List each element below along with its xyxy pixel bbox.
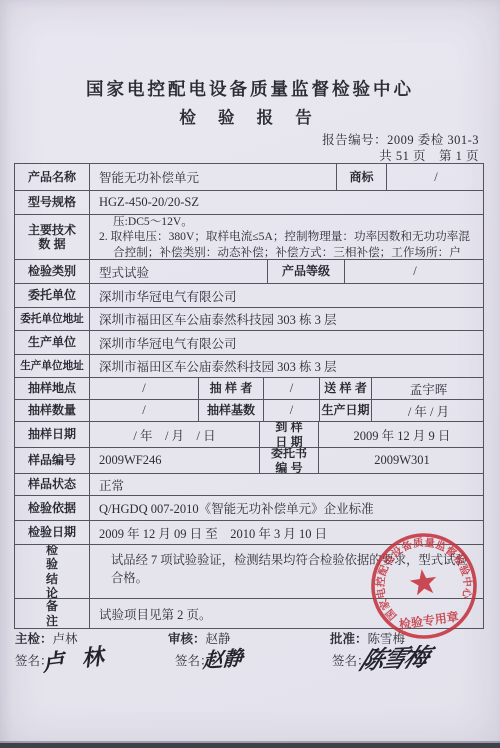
sample-no-value: 2009WF246 bbox=[89, 448, 259, 473]
trademark-value: / bbox=[386, 164, 485, 190]
conclusion-text: 试品经 7 项试验验证，检测结果均符合检验依据的要求，型式试验合格。 bbox=[99, 550, 475, 586]
sample-no-label: 样品编号 bbox=[15, 448, 89, 473]
product-name-value: 智能无功补偿单元 bbox=[89, 164, 336, 190]
document-title: 国家电控配电设备质量监督检验中心 bbox=[0, 76, 500, 101]
signature-chief: 卢 林 bbox=[40, 639, 111, 678]
model-label: 型号规格 bbox=[15, 191, 89, 214]
arrival-date-value: 2009 年 12 月 9 日 bbox=[318, 422, 485, 447]
document-subtitle: 检 验 报 告 bbox=[0, 104, 500, 128]
sampling-qty-label: 抽样数量 bbox=[15, 400, 89, 421]
sampling-qty-value: / bbox=[89, 400, 198, 421]
tech-line-2: 2. 取样电压：380V；取样电流≤5A；控制物理量：功率因数和无功功率混合控制… bbox=[99, 229, 477, 259]
inspection-date-label: 检验日期 bbox=[15, 521, 89, 544]
inspection-basis-label: 检验依据 bbox=[15, 496, 89, 520]
manufacturer-address-label: 生产单位地址 bbox=[15, 355, 89, 377]
product-grade-label: 产品等级 bbox=[267, 260, 344, 283]
table-row: 抽样地点 / 抽 样 者 / 送 样 者 孟宇晖 bbox=[15, 377, 483, 399]
commission-no-label: 委托书 编 号 bbox=[259, 448, 318, 473]
photo-edge-shadow bbox=[0, 743, 500, 748]
table-row: 样品状态 正常 bbox=[15, 473, 483, 495]
approve-label: 批准： bbox=[330, 632, 368, 646]
production-date-value: / 年 / 月 bbox=[371, 400, 485, 421]
chief-label: 主检： bbox=[15, 632, 53, 646]
trademark-label: 商标 bbox=[336, 164, 386, 190]
product-grade-value: / bbox=[344, 260, 485, 283]
client-label: 委托单位 bbox=[15, 284, 89, 307]
signature-review: 赵静 bbox=[202, 641, 244, 673]
page-count: 共 51 页 第 1 页 bbox=[379, 146, 479, 164]
sampler-label: 抽 样 者 bbox=[198, 378, 263, 399]
table-row: 型号规格 HGZ-450-20/20-SZ bbox=[15, 190, 483, 214]
inspection-basis-value: Q/HGDQ 007-2010《智能无功补偿单元》企业标准 bbox=[89, 496, 483, 520]
table-row: 检验日期 2009 年 12 月 09 日 至 2010 年 3 月 10 日 bbox=[15, 520, 483, 544]
manufacturer-value: 深圳市华冠电气有限公司 bbox=[89, 331, 483, 354]
remarks-value: 试验项目见第 2 页。 bbox=[89, 599, 483, 628]
inspection-date-value: 2009 年 12 月 09 日 至 2010 年 3 月 10 日 bbox=[89, 521, 483, 544]
inspection-type-value: 型式试验 bbox=[89, 260, 267, 283]
manufacturer-label: 生产单位 bbox=[15, 331, 89, 354]
sampling-date-label: 抽样日期 bbox=[15, 422, 89, 447]
table-row: 生产单位 深圳市华冠电气有限公司 bbox=[15, 330, 483, 354]
client-address-value: 深圳市福田区车公庙泰然科技园 303 栋 3 层 bbox=[89, 308, 483, 330]
table-row: 生产单位地址 深圳市福田区车公庙泰然科技园 303 栋 3 层 bbox=[15, 354, 483, 377]
table-row: 委托单位 深圳市华冠电气有限公司 bbox=[15, 283, 483, 307]
table-row: 备 注 试验项目见第 2 页。 bbox=[15, 598, 483, 628]
tech-data-value: 1. 额定电压：380V， 额定电流：51.4A， 额定频率：50Hz，控制电压… bbox=[89, 215, 483, 259]
sample-sender-label: 送 样 者 bbox=[319, 378, 371, 399]
sample-sender-value: 孟宇晖 bbox=[371, 378, 485, 399]
manufacturer-address-value: 深圳市福田区车公庙泰然科技园 303 栋 3 层 bbox=[89, 355, 483, 377]
table-row: 产品名称 智能无功补偿单元 商标 / bbox=[15, 164, 483, 190]
review-label: 审核： bbox=[168, 632, 206, 646]
table-row: 抽样数量 / 抽样基数 / 生产日期 / 年 / 月 bbox=[15, 399, 483, 421]
inspection-report-table: 产品名称 智能无功补偿单元 商标 / 型号规格 HGZ-450-20/20-SZ… bbox=[14, 163, 484, 629]
model-value: HGZ-450-20/20-SZ bbox=[89, 191, 483, 214]
remarks-label: 备 注 bbox=[15, 599, 89, 628]
sampling-date-value: / 年 / 月 / 日 bbox=[89, 422, 259, 447]
sampling-place-label: 抽样地点 bbox=[15, 378, 89, 399]
tech-line-1: 1. 额定电压：380V， 额定电流：51.4A， 额定频率：50Hz，控制电压… bbox=[99, 215, 477, 229]
table-row: 抽样日期 / 年 / 月 / 日 到 样 日 期 2009 年 12 月 9 日 bbox=[15, 421, 483, 447]
sample-state-value: 正常 bbox=[89, 474, 483, 495]
signature-approve: 陈雪梅 bbox=[355, 637, 435, 676]
product-name-label: 产品名称 bbox=[15, 164, 89, 190]
table-row: 主要技术 数 据 1. 额定电压：380V， 额定电流：51.4A， 额定频率：… bbox=[15, 214, 483, 259]
sampling-place-value: / bbox=[89, 378, 198, 399]
table-row: 检验类别 型式试验 产品等级 / bbox=[15, 259, 483, 283]
sampler-value: / bbox=[263, 378, 319, 399]
arrival-date-label: 到 样 日 期 bbox=[259, 422, 318, 447]
sampling-base-label: 抽样基数 bbox=[198, 400, 263, 421]
client-value: 深圳市华冠电气有限公司 bbox=[89, 284, 483, 307]
table-row: 委托单位地址 深圳市福田区车公庙泰然科技园 303 栋 3 层 bbox=[15, 307, 483, 330]
table-row: 样品编号 2009WF246 委托书 编 号 2009W301 bbox=[15, 447, 483, 473]
tech-data-label: 主要技术 数 据 bbox=[15, 215, 89, 259]
table-row: 检 验 结 论 试品经 7 项试验验证，检测结果均符合检验依据的要求，型式试验合… bbox=[15, 544, 483, 598]
sign-date-line: 签发日期： 2010 年 3 月 10 日 bbox=[99, 595, 475, 598]
commission-no-value: 2009W301 bbox=[318, 448, 485, 473]
sample-state-label: 样品状态 bbox=[15, 474, 89, 495]
conclusion-label: 检 验 结 论 bbox=[15, 545, 89, 598]
table-row: 检验依据 Q/HGDQ 007-2010《智能无功补偿单元》企业标准 bbox=[15, 495, 483, 520]
client-address-label: 委托单位地址 bbox=[15, 308, 89, 330]
conclusion-cell: 试品经 7 项试验验证，检测结果均符合检验依据的要求，型式试验合格。 签发日期：… bbox=[89, 545, 483, 598]
production-date-label: 生产日期 bbox=[319, 400, 371, 421]
inspection-type-label: 检验类别 bbox=[15, 260, 89, 283]
sampling-base-value: / bbox=[263, 400, 319, 421]
